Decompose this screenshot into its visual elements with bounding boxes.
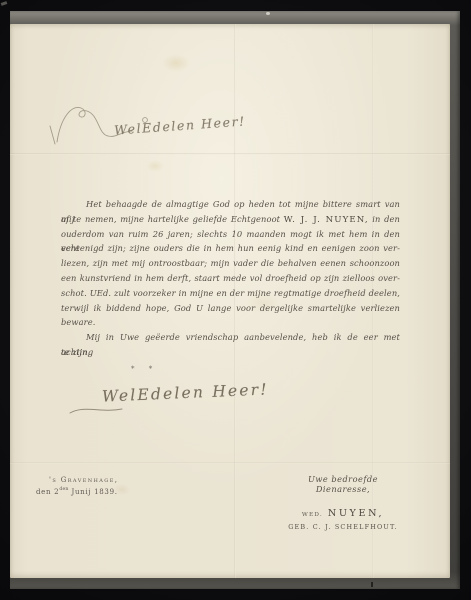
date-month-year: Junij 1839. xyxy=(69,488,118,496)
place-name: 's Gravenhage, xyxy=(49,476,118,484)
body-line: ouderdom van ruim 26 jaren; slechts 10 m… xyxy=(61,227,400,242)
dateline: 's Gravenhage, den 2den Junij 1839. xyxy=(36,476,118,496)
maiden-name: C. J. SCHELFHOUT. xyxy=(313,523,398,531)
body-line: een kunstvriend in hem derft, staart med… xyxy=(61,271,400,286)
maiden-name-line: GEB. C. J. SCHELFHOUT. xyxy=(283,523,403,531)
body-line: beware. xyxy=(61,315,400,330)
body-line: terwijl ik biddend hope, God U lange voo… xyxy=(61,301,400,316)
born-prefix: GEB. xyxy=(288,523,309,531)
fold-line-horizontal xyxy=(10,462,450,464)
closing-phrase: Uwe bedroefde Dienaresse, xyxy=(283,474,403,494)
handwritten-salutation-top: WelEdelen Heer! xyxy=(114,113,247,137)
body-line: Het behaagde de almagtige God op heden t… xyxy=(61,197,400,212)
letter-body: Het behaagde de almagtige God op heden t… xyxy=(61,197,400,360)
paper-stain xyxy=(162,54,190,72)
body-line: vereenigd zijn; zijne ouders die in hem … xyxy=(61,241,400,256)
body-line-text: in den xyxy=(369,214,400,224)
signature-block: Uwe bedroefde Dienaresse, WED. NUYEN, GE… xyxy=(283,474,403,531)
handwritten-salutation-bottom: WelEdelen Heer! xyxy=(102,380,269,405)
date-day: den 2 xyxy=(36,488,59,496)
paper-stain xyxy=(146,160,164,172)
family-name: NUYEN, xyxy=(328,508,384,519)
scan-scratch xyxy=(1,1,8,6)
body-line: liezen, zijn met mij ontroostbaar; mijn … xyxy=(61,256,400,271)
widow-prefix: WED. xyxy=(302,512,323,518)
body-line: Mij in Uwe geëerde vriendschap aanbevele… xyxy=(61,330,400,345)
letter-sheet: WelEdelen Heer! Het behaagde de almagtig… xyxy=(10,24,450,578)
deceased-name: W. J. J. NUYEN, xyxy=(284,215,369,225)
body-line: te zijn, xyxy=(61,345,400,360)
body-line: schot. UEd. zult voorzeker in mijne en d… xyxy=(61,286,400,301)
fold-line-horizontal xyxy=(10,153,450,155)
printer-ornament-marks: * * xyxy=(131,365,158,373)
date-text: den 2den Junij 1839. xyxy=(36,487,118,496)
scan-background: WelEdelen Heer! Het behaagde de almagtig… xyxy=(0,0,471,600)
body-line: af te nemen, mijne hartelijke geliefde E… xyxy=(61,212,400,227)
body-line-text: af te nemen, mijne hartelijke geliefde E… xyxy=(61,214,284,224)
date-ordinal: den xyxy=(59,487,68,492)
signature-name-line: WED. NUYEN, xyxy=(283,501,403,520)
